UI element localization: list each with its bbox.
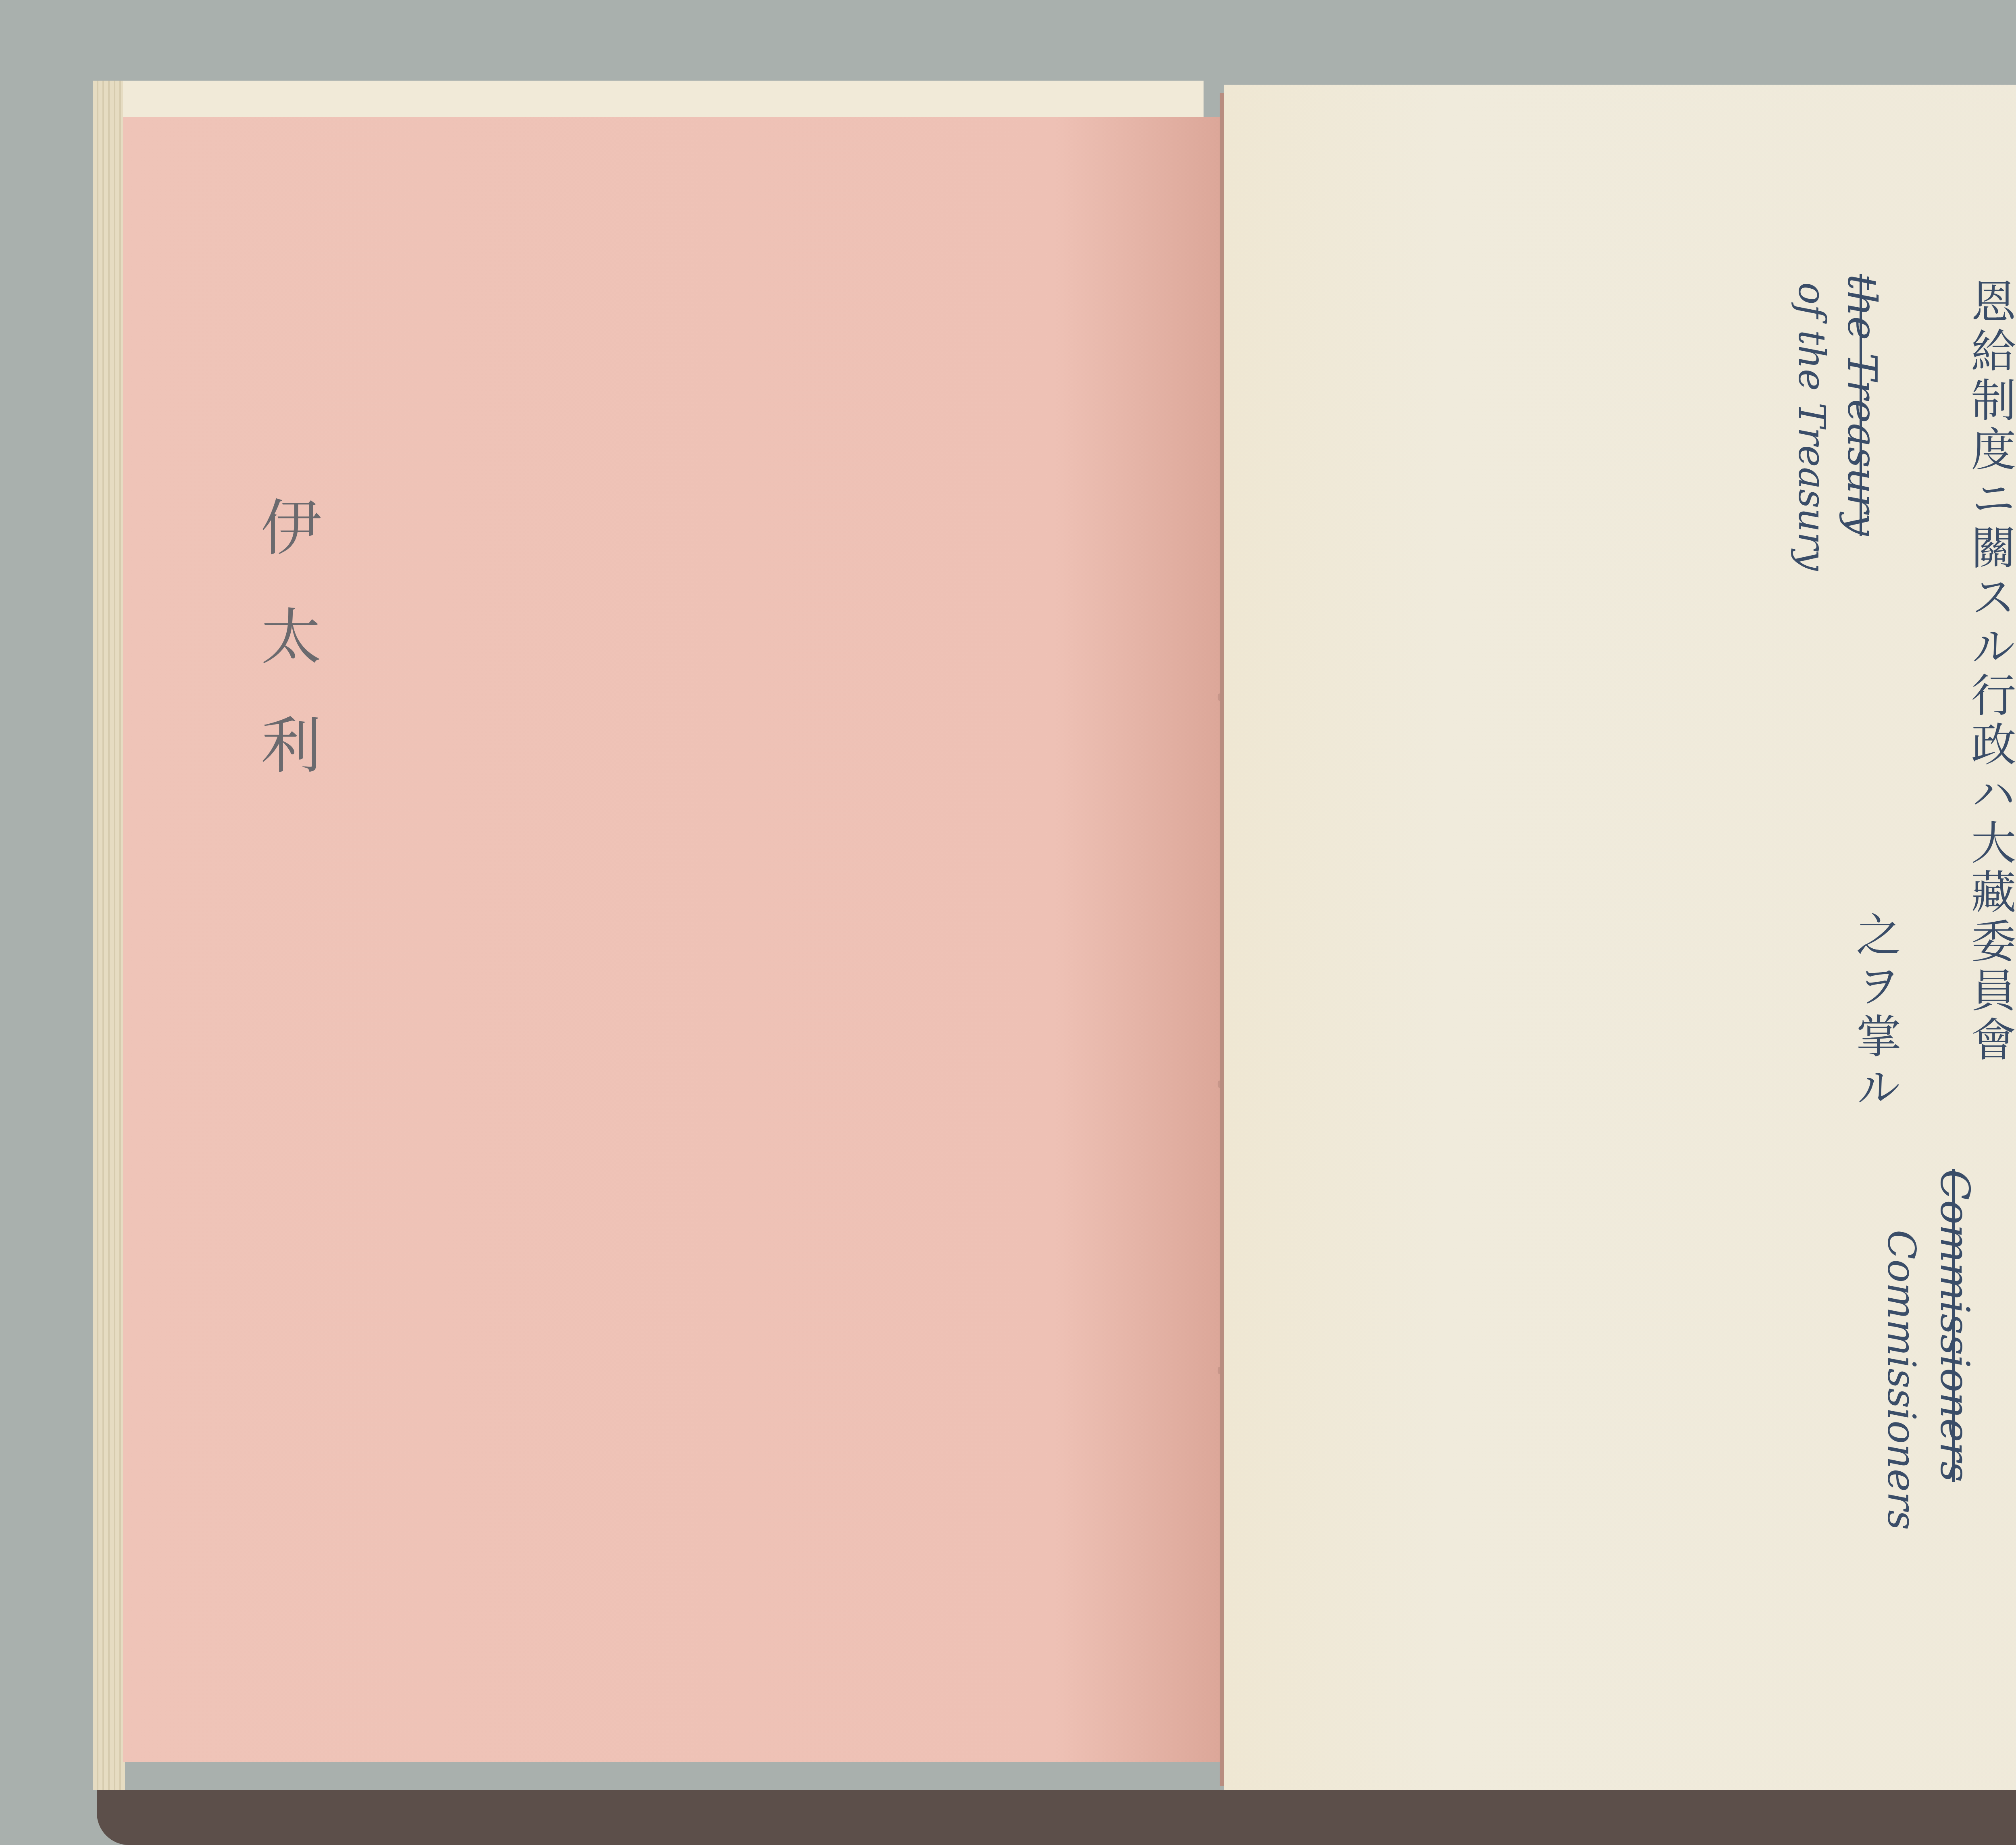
text-column-5: 恩給制度ニ關スル行政ハ大藏委員會 xyxy=(1958,278,2016,1065)
book-shadow xyxy=(97,1790,2016,1845)
annotation-2: of the Treasury xyxy=(1790,282,1833,571)
struck-annotation-2: the Treasury xyxy=(1839,274,1886,536)
left-page-edges xyxy=(93,81,125,1790)
annotation-1: Commissioners xyxy=(1879,1230,1924,1530)
text-column-6: 之ヲ掌ル xyxy=(1843,911,1908,1114)
left-top-strip xyxy=(123,81,1204,117)
left-page xyxy=(123,117,1220,1762)
struck-annotation-1: Commissioners xyxy=(1931,1169,1979,1482)
scan-image: 伊太利 38 給ノ額ハ年四囘平均生活費指數ノ變動ニ從ヒ改訂セラルヽモノナリ。給 … xyxy=(0,0,2016,1845)
country-label: 伊太利 xyxy=(242,496,329,823)
